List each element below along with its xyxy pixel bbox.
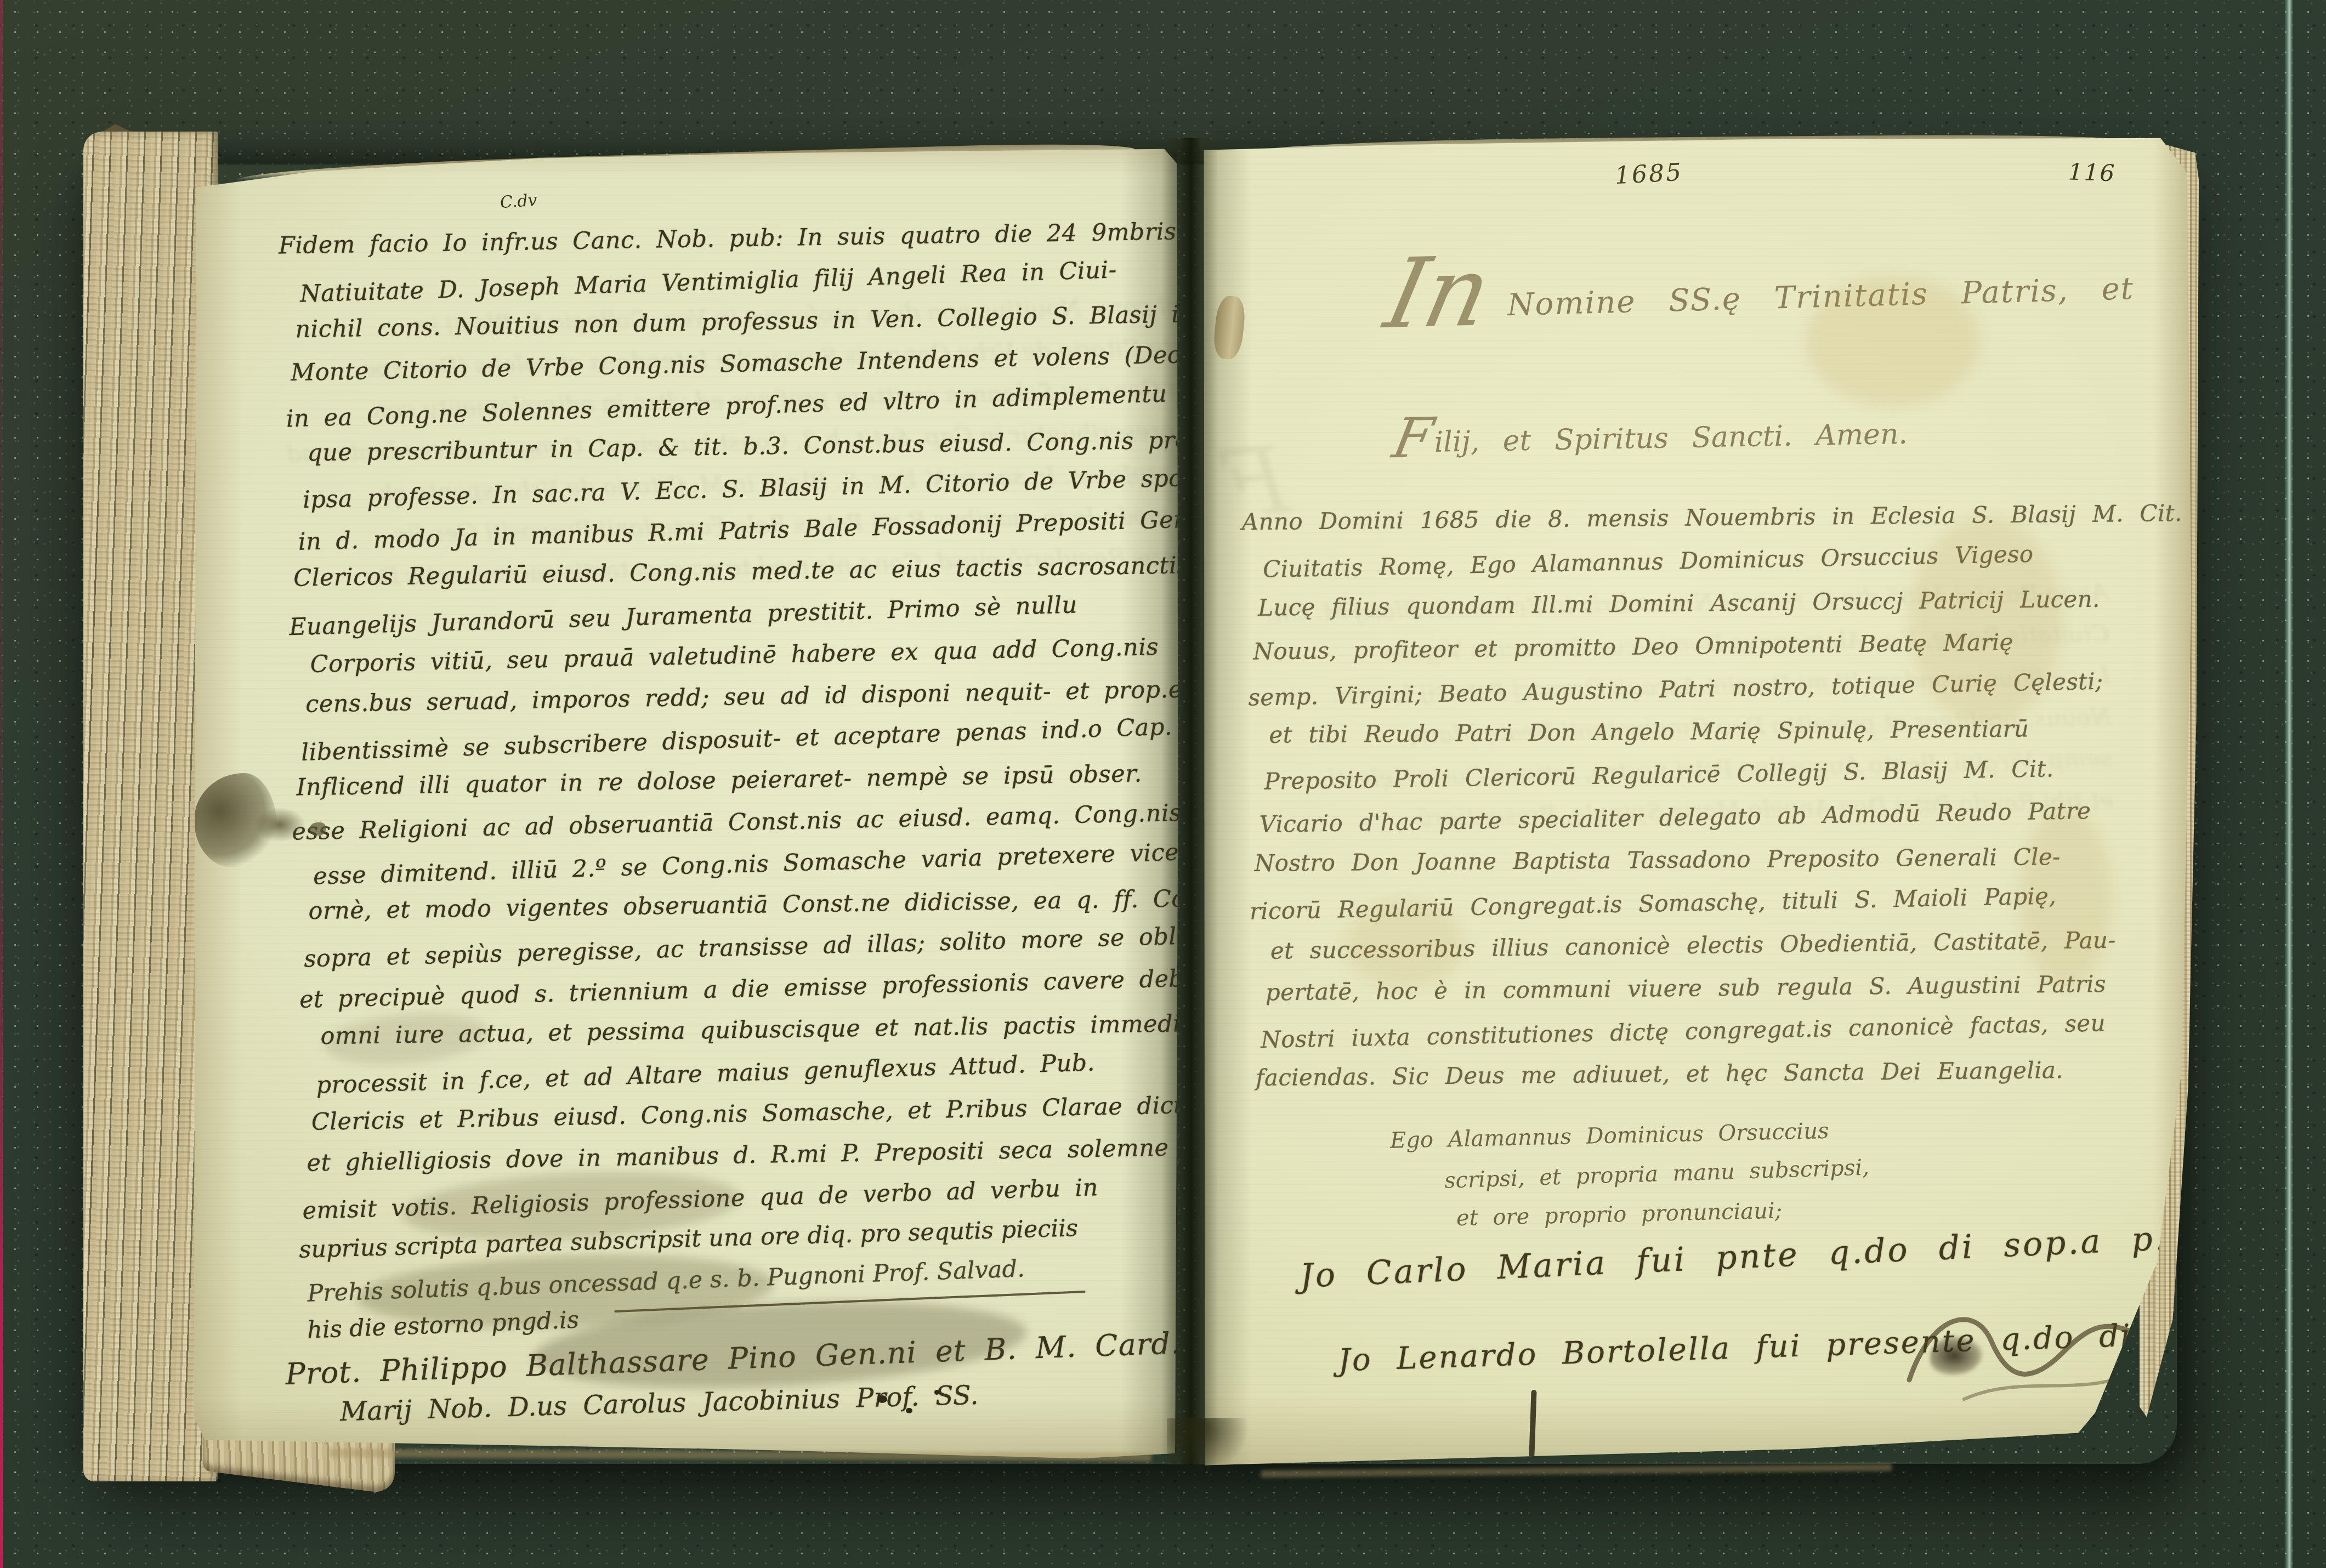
foxing-stain: [1344, 900, 1465, 988]
flourished-initial: F: [1388, 411, 1437, 467]
manuscript-line: faciendas. Sic Deus me adiuuet, et hęc S…: [1256, 1048, 2196, 1099]
ink-speck: [877, 1395, 887, 1403]
heading-text: ilij, et Spiritus Sancti. Amen.: [1434, 418, 1908, 465]
left-page: nichil cons. Nouitius non dum professus …: [193, 137, 1180, 1464]
right-page: F Anno Domini 1685 die 8. mensis Nouembr…: [1202, 133, 2192, 1476]
ink-speck: [934, 1390, 939, 1395]
scan-edge-artifact: [0, 0, 3, 1568]
background-seam: [2284, 0, 2293, 1568]
profession-text: Anno Domini 1685 die 8. mensis Nouembris…: [1251, 490, 2200, 1101]
invocation-heading-2: F ilij, et Spiritus Sancti. Amen.: [1393, 402, 1908, 466]
foxing-stain: [1805, 275, 1981, 407]
foxing-stain: [2019, 807, 2112, 988]
foxing-stain: [1909, 516, 2063, 725]
ink-speck: [906, 1408, 912, 1413]
flourished-initial: In: [1378, 243, 1499, 343]
page-number: 116: [2068, 158, 2116, 187]
invocation-heading: In Nomine SS.ę Trinitatis Patris, et: [1387, 227, 2135, 343]
manuscript-photograph: nichil cons. Nouitius non dum professus …: [0, 0, 2326, 1568]
superscript-note: C.dv: [500, 191, 538, 213]
ink-stain: [309, 822, 326, 836]
binding-gutter-shadow: [1167, 1418, 1249, 1473]
year-header: 1685: [1614, 158, 1683, 190]
attestation-text: Ego Alamannus Dominicus Orsucciusscripsi…: [1399, 1110, 1860, 1240]
binding-gutter: [1161, 138, 1218, 1465]
